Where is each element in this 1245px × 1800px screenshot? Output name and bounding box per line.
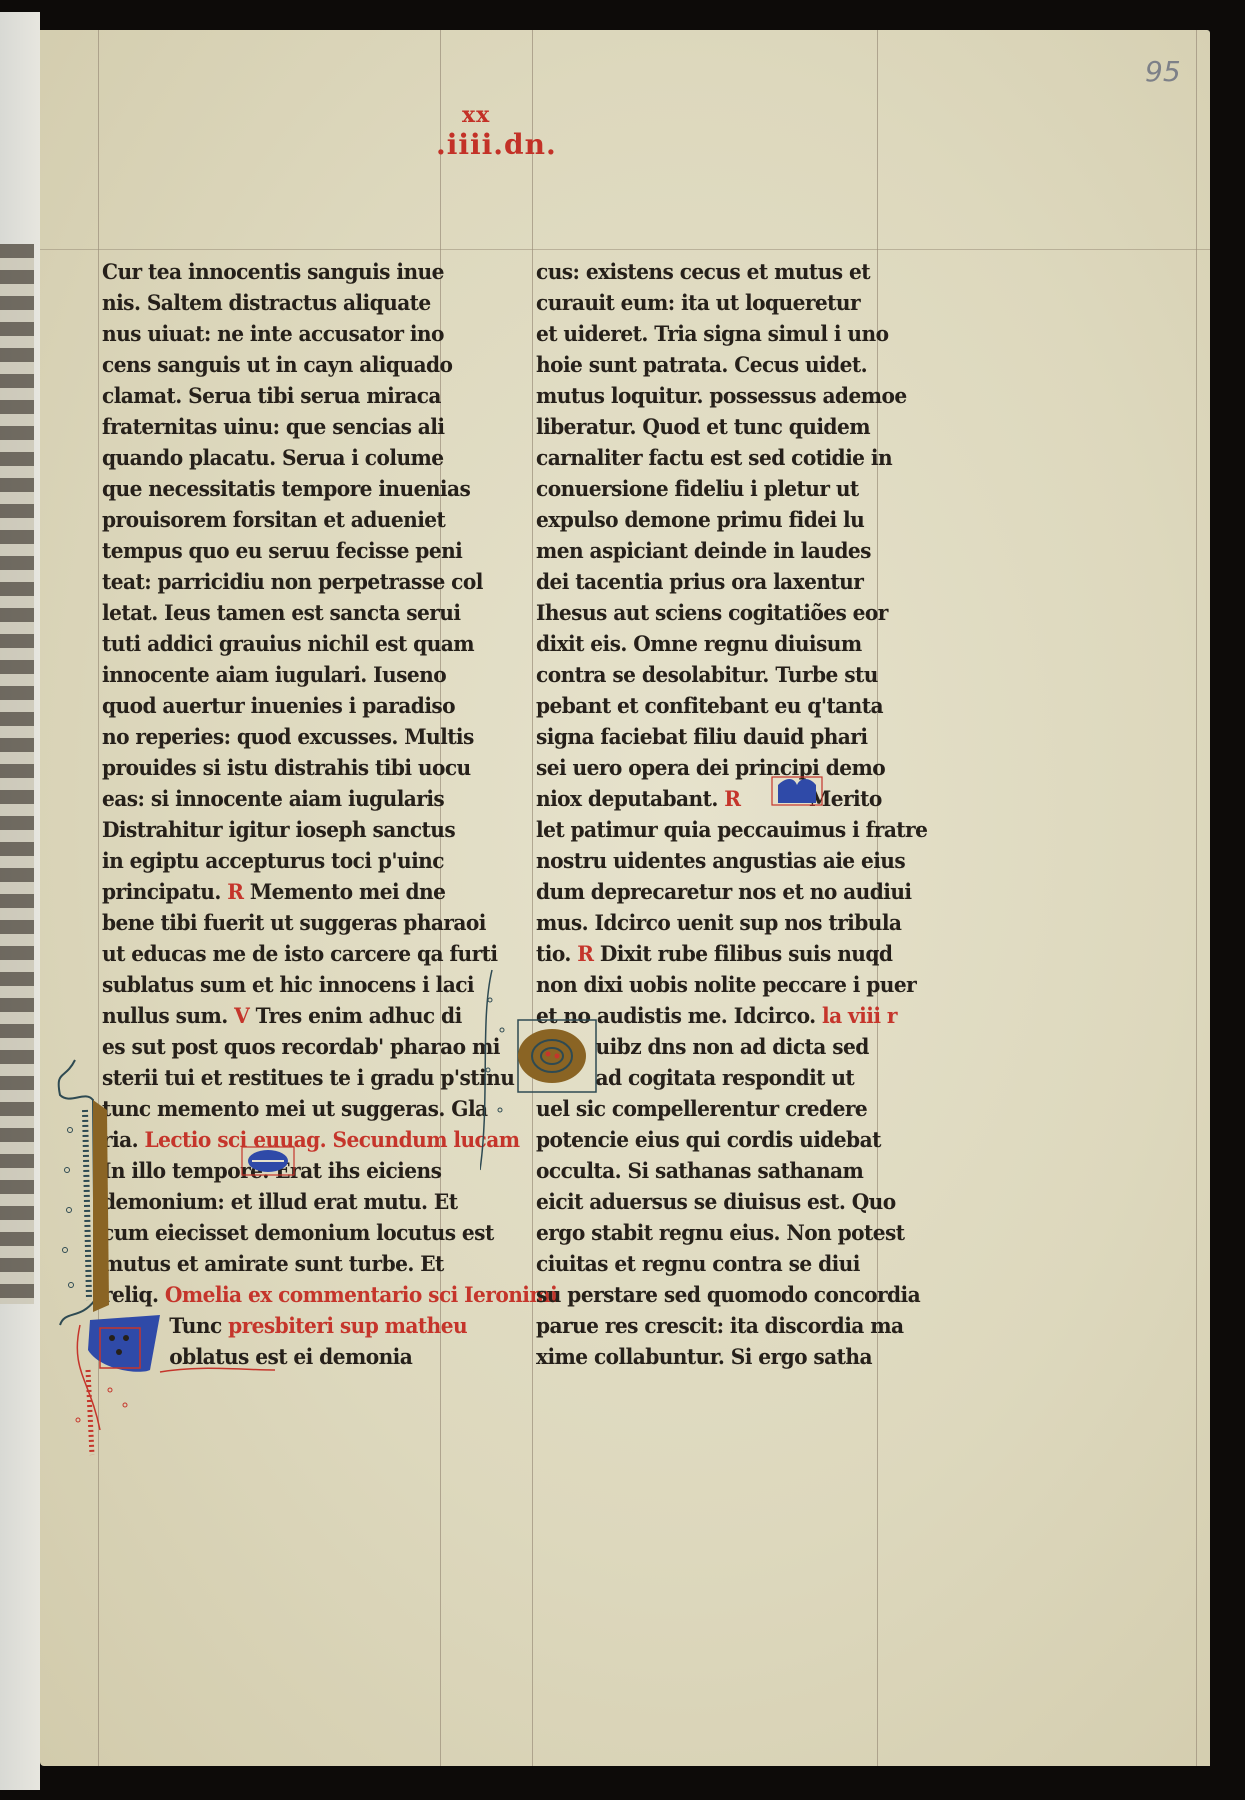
text-line: xime collabuntur. Si ergo satha [536,1341,872,1372]
text-line: signa faciebat filiu dauid phari [536,721,872,752]
text-line: teat: parricidiu non perpetrasse col [102,566,428,597]
text-line: in egiptu accepturus toci p'uinc [102,845,428,876]
running-header: .iiii.dn. [436,128,557,161]
text-line: Distrahitur igitur ioseph sanctus [102,814,428,845]
text-line: nostru uidentes angustias aie eius [536,845,872,876]
ruling-far-right [1196,30,1197,1766]
text-line: et uideret. Tria signa simul i uno [536,318,872,349]
text-line: clamat. Serua tibi serua miraca [102,380,428,411]
text-line: pebant et confitebant eu q'tanta [536,690,872,721]
responsory-mark: R [227,879,243,904]
ruling-right-outer [532,30,533,1766]
text-line: sterii tui et restitues te i gradu p'sti… [102,1062,428,1093]
text-line: fraternitas uinu: que sencias ali [102,411,428,442]
blue-initial-m [770,775,824,807]
text-line: mus. Idcirco uenit sup nos tribula [536,907,872,938]
running-header-top: xx [462,102,490,128]
text-line: expulso demone primu fidei lu [536,504,872,535]
responsory-mark: R [724,786,740,811]
folio-number: 95 [1145,55,1181,88]
ruling-top [40,249,1210,250]
text-line: cens sanguis ut in cayn aliquado [102,349,428,380]
text-segment: principatu. [102,879,221,904]
text-line: dum deprecaretur nos et no audiui [536,876,872,907]
text-line: ut educas me de isto carcere qa furti [102,938,428,969]
text-line: dei tacentia prius ora laxentur [536,566,872,597]
text-line: cus: existens cecus et mutus et [536,256,872,287]
text-line: cum eiecisset demonium locutus est [102,1217,428,1248]
left-column: Cur tea innocentis sanguis inue nis. Sal… [102,256,442,1372]
text-segment: niox deputabant. [536,786,718,811]
text-line: quando placatu. Serua i colume [102,442,428,473]
text-line: parue res crescit: ita discordia ma [536,1310,872,1341]
text-line: es sut post quos recordab' pharao mi [102,1031,428,1062]
text-segment: Memento mei dne [250,879,446,904]
rubric-omelia: Omelia ex commentario sci Ieronimi [165,1282,557,1307]
text-line: ergo stabit regnu eius. Non potest [536,1217,872,1248]
text-line: no reperies: quod excusses. Multis [102,721,428,752]
text-line: eicit aduersus se diuisus est. Quo [536,1186,872,1217]
text-line: que necessitatis tempore inuenias [102,473,428,504]
text-line: tunc memento mei ut suggeras. Gla [102,1093,428,1124]
text-line: carnaliter factu est sed cotidie in [536,442,872,473]
decorated-initial-i [55,1050,115,1335]
text-line: contra se desolabitur. Turbe stu [536,659,872,690]
previous-page-text-strip [0,244,34,1304]
text-line: let patimur quia peccauimus i fratre [536,814,872,845]
text-line: innocente aiam iugulari. Iuseno [102,659,428,690]
text-line: Cur tea innocentis sanguis inue [102,256,428,287]
text-line: nis. Saltem distractus aliquate [102,287,428,318]
blue-initial-e [240,1145,296,1177]
text-segment: nullus sum. [102,1003,228,1028]
text-line: dixit eis. Omne regnu diuisum [536,628,872,659]
text-line: nullus sum. V Tres enim adhuc di [102,1000,428,1031]
text-line: letat. Ieus tamen est sancta serui [102,597,428,628]
text-line: conuersione fideliu i pletur ut [536,473,872,504]
text-line: bene tibi fuerit ut suggeras pharaoi [102,907,428,938]
text-line: hoie sunt patrata. Cecus uidet. [536,349,872,380]
text-line: men aspiciant deinde in laudes [536,535,872,566]
text-line: liberatur. Quod et tunc quidem [536,411,872,442]
text-line: ciuitas et regnu contra se diui [536,1248,872,1279]
previous-page-edge [0,12,40,1790]
text-segment: Tres enim adhuc di [256,1003,462,1028]
text-line: su perstare sed quomodo concordia [536,1279,872,1310]
versicle-mark: V [234,1003,249,1028]
ruling-left-outer [98,30,99,1766]
text-line: prouides si istu distrahis tibi uocu [102,752,428,783]
text-line: reliq. Omelia ex commentario sci Ieronim… [102,1279,428,1310]
text-line: principatu. R Memento mei dne [102,876,428,907]
rubric-lectio: Lectio sci euuag. Secundum lucam [145,1127,520,1152]
right-column: cus: existens cecus et mutus et curauit … [536,256,886,1372]
decorated-initial-q [480,960,600,1190]
text-line: mutus loquitur. possessus ademoe [536,380,872,411]
rubric-lectio-number: la viii r [822,1003,897,1028]
text-line: eas: si innocente aiam iugularis [102,783,428,814]
text-line: mutus et amirate sunt turbe. Et [102,1248,428,1279]
text-line: curauit eum: ita ut loqueretur [536,287,872,318]
text-line: nus uiuat: ne inte accusator ino [102,318,428,349]
decorated-initial-t [70,1310,300,1460]
text-line: demonium: et illud erat mutu. Et [102,1186,428,1217]
text-line: Ihesus aut sciens cogitatiões eor [536,597,872,628]
text-line: prouisorem forsitan et adueniet [102,504,428,535]
text-segment: Dixit rube filibus suis nuqd [600,941,893,966]
text-line: quod auertur inuenies i paradiso [102,690,428,721]
text-line: tuti addici grauius nichil est quam [102,628,428,659]
text-line: tempus quo eu seruu fecisse peni [102,535,428,566]
text-line: sublatus sum et hic innocens i laci [102,969,428,1000]
